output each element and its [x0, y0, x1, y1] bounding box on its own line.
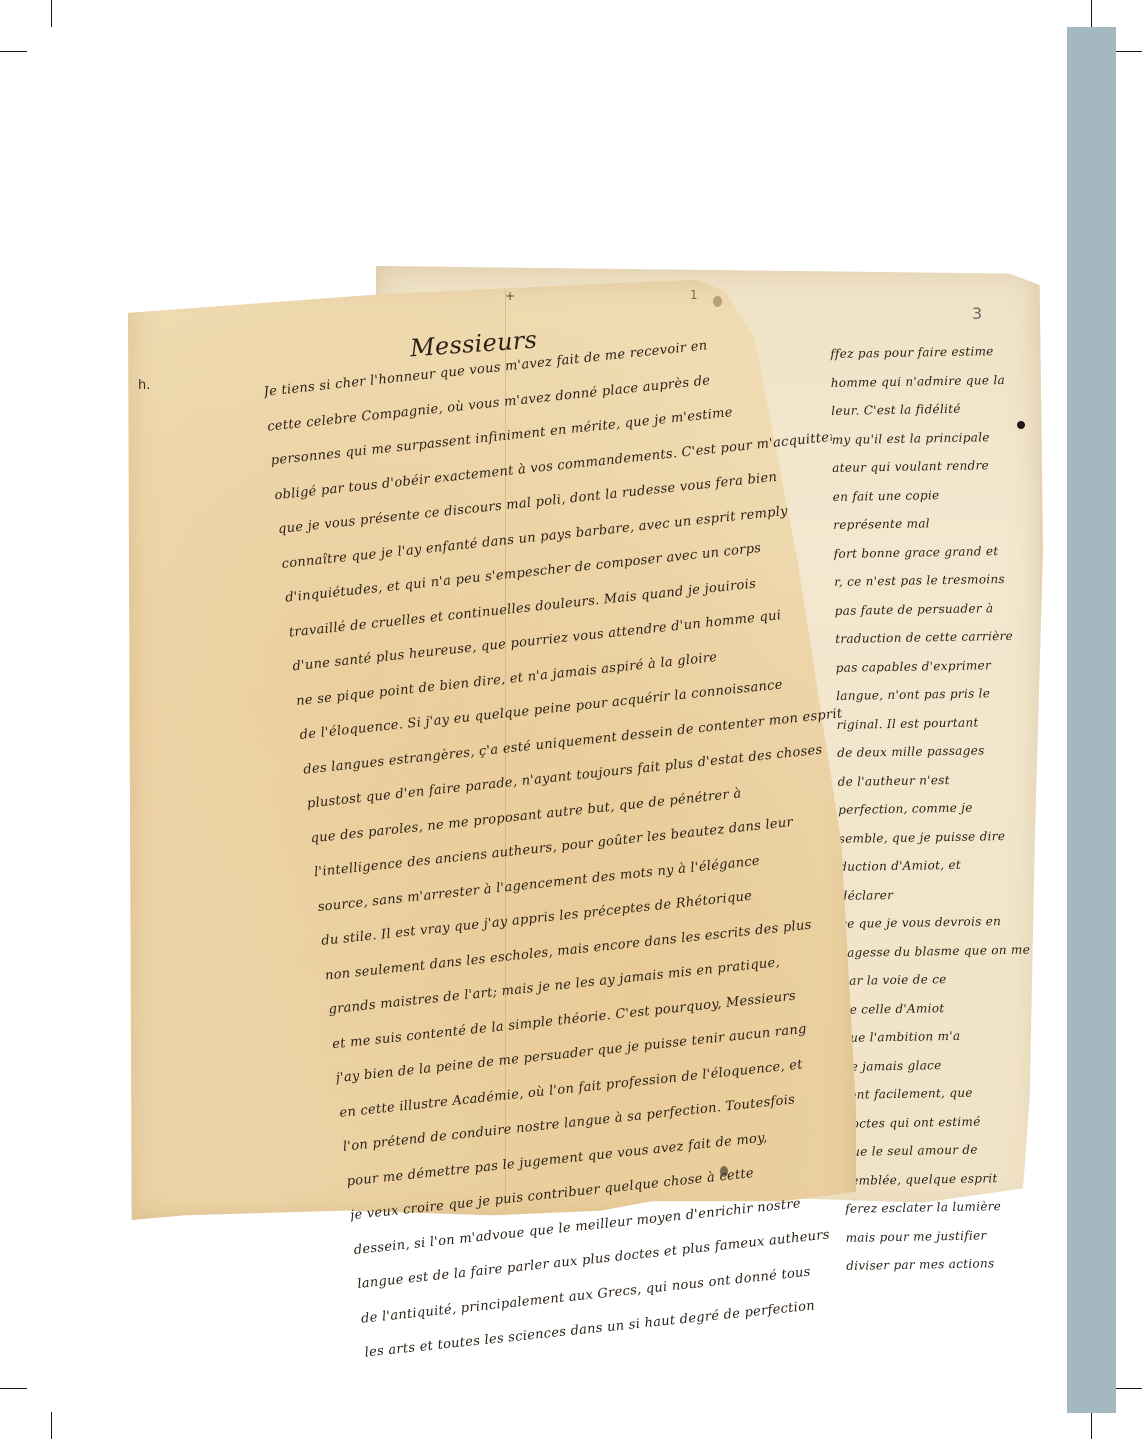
text-line: ffez pas pour faire estime [830, 337, 1030, 369]
top-cross-mark: + [505, 289, 515, 303]
text-line: pas capables d'exprimer [835, 650, 1035, 682]
front-sheet-text: Je tiens si cher l'honneur que vous m'av… [262, 317, 924, 1371]
text-line: homme qui n'admire que la [830, 365, 1030, 397]
folio-number-front: 1 [690, 288, 698, 302]
text-line: représente mal [833, 507, 1033, 539]
text-line: traduction de cette carrière [835, 621, 1035, 653]
text-line: my qu'il est la principale [831, 422, 1031, 454]
text-line: ateur qui voulant rendre [832, 450, 1032, 482]
ink-blot [1017, 421, 1025, 429]
text-line: de deux mille passages [837, 735, 1037, 767]
margin-annotation: h. [138, 378, 150, 393]
ink-stain [713, 296, 722, 307]
text-line: riginal. Il est pourtant [836, 707, 1036, 739]
text-line: pas faute de persuader à [834, 593, 1034, 625]
text-line: langue, n'ont pas pris le [836, 678, 1036, 710]
text-line: en fait une copie [832, 479, 1032, 511]
manuscript-image: ffez pas pour faire estime homme qui n'a… [0, 0, 1142, 1439]
folio-number-back: 3 [972, 304, 982, 323]
text-line: r, ce n'est pas le tresmoins [834, 564, 1034, 596]
text-line: fort bonne grace grand et [833, 536, 1033, 568]
text-line: leur. C'est la fidélité [831, 394, 1031, 426]
